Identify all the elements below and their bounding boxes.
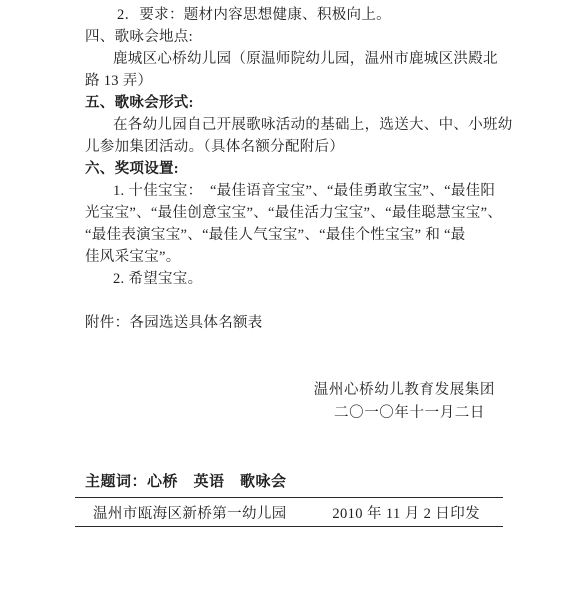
doc-line-awards-1: 1. 十佳宝宝： “最佳语音宝宝”、“最佳勇敢宝宝”、“最佳阳 xyxy=(85,180,504,202)
doc-line-location-1: 鹿城区心桥幼儿园（原温师院幼儿园，温州市鹿城区洪殿北 xyxy=(85,48,504,70)
doc-section-5-heading: 五、歌咏会形式: xyxy=(85,92,504,114)
doc-line-attachment: 附件：各园选送具体名额表 xyxy=(85,312,504,334)
signature-block: 温州心桥幼儿教育发展集团 二〇一〇年十一月二日 xyxy=(85,379,503,425)
print-info-bar: 温州市瓯海区新桥第一幼儿园 2010 年 11 月 2 日印发 xyxy=(75,497,503,527)
doc-line-awards-4: 佳风采宝宝”。 xyxy=(85,246,504,268)
doc-line-awards-2: 光宝宝”、“最佳创意宝宝”、“最佳活力宝宝”、“最佳聪慧宝宝”、 xyxy=(85,202,504,224)
blank-line xyxy=(85,290,504,312)
doc-section-6-heading: 六、奖项设置: xyxy=(85,158,504,180)
doc-line-hope-award: 2. 希望宝宝。 xyxy=(85,268,504,290)
doc-line-format-1: 在各幼儿园自己开展歌咏活动的基础上，选送大、中、小班幼 xyxy=(85,114,504,136)
document-page: 2．要求：题材内容思想健康、积极向上。 四、歌咏会地点: 鹿城区心桥幼儿园（原温… xyxy=(0,0,577,606)
doc-line-awards-3: “最佳表演宝宝”、“最佳人气宝宝”、“最佳个性宝宝” 和 “最 xyxy=(85,224,504,246)
doc-line-location-2: 路 13 弄） xyxy=(85,70,504,92)
doc-line-requirement: 2．要求：题材内容思想健康、积极向上。 xyxy=(85,4,504,26)
doc-section-4-heading: 四、歌咏会地点: xyxy=(85,26,504,48)
subject-keywords-line: 主题词：心桥 英语 歌咏会 xyxy=(85,470,287,491)
print-issuer: 温州市瓯海区新桥第一幼儿园 xyxy=(93,502,287,523)
print-date: 2010 年 11 月 2 日印发 xyxy=(332,502,480,523)
doc-line-format-2: 儿参加集团活动。（具体名额分配附后） xyxy=(85,136,504,158)
document-body: 2．要求：题材内容思想健康、积极向上。 四、歌咏会地点: 鹿城区心桥幼儿园（原温… xyxy=(85,4,504,334)
signature-date: 二〇一〇年十一月二日 xyxy=(85,402,503,425)
signature-organization: 温州心桥幼儿教育发展集团 xyxy=(85,379,503,402)
